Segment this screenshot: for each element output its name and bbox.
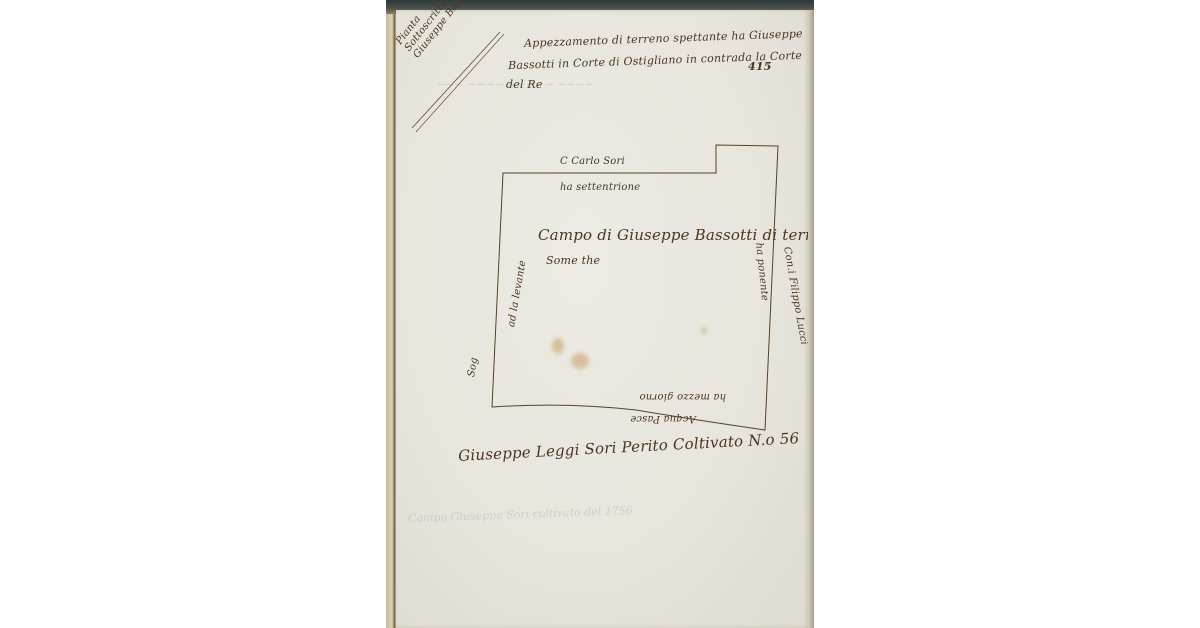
ink-stain <box>701 328 707 334</box>
manuscript-page: ∼∼∼ ∼∼∼∼ ∼∼∼∼∼ ∼∼∼∼ Campo Giuseppe Sori … <box>396 10 810 628</box>
page-left-edge <box>386 14 396 628</box>
folio-number: 415 <box>748 60 772 73</box>
page-right-edge <box>808 10 814 628</box>
south-inner-label: ha mezzo giorno <box>639 391 726 402</box>
north-orientation-label: ha settentrione <box>560 182 640 193</box>
field-title: Campo di Giuseppe Bassotti di terreno <box>538 226 814 244</box>
field-map-drawing <box>396 10 810 628</box>
ink-stain <box>571 353 589 369</box>
header-line-3: del Re <box>506 78 543 91</box>
north-neighbor-label: C Carlo Sori <box>560 156 625 167</box>
manuscript-scan: ∼∼∼ ∼∼∼∼ ∼∼∼∼∼ ∼∼∼∼ Campo Giuseppe Sori … <box>386 0 814 628</box>
field-area: Some the <box>546 254 600 267</box>
ink-stain <box>552 338 564 354</box>
south-outer-label: Acqua Pasce <box>630 413 696 424</box>
